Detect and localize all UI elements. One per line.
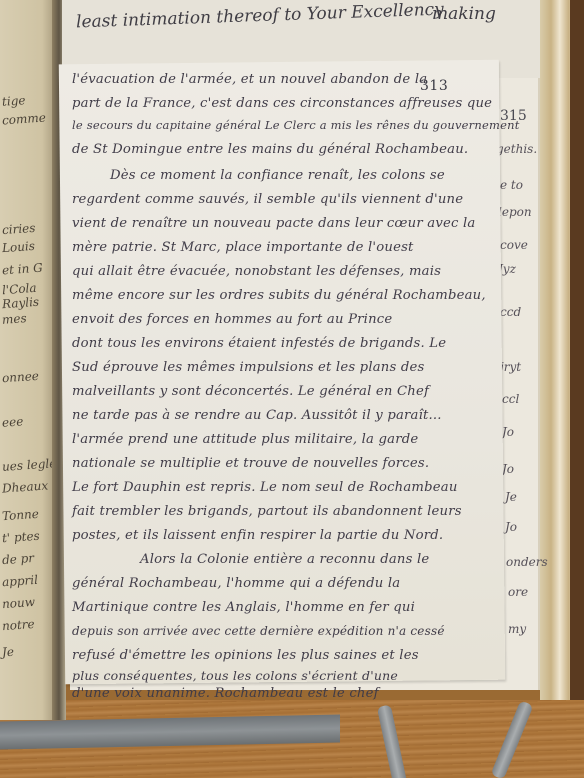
manuscript-line: postes, et ils laissent enfin respirer l… — [72, 528, 443, 543]
left-page-fragment: Raylis — [2, 295, 40, 312]
margin-fragment: lepon — [498, 205, 532, 219]
manuscript-line: mère patrie. St Marc, place importante d… — [72, 240, 414, 255]
manuscript-line: général Rochambeau, l'homme qui a défend… — [72, 576, 400, 591]
manuscript-line: part de la France, c'est dans ces circon… — [72, 96, 492, 111]
left-page-fragment: Louis — [2, 239, 36, 255]
manuscript-line: regardent comme sauvés, il semble qu'ils… — [72, 192, 463, 207]
left-page-fragment: et in G — [2, 261, 44, 278]
manuscript-line: dont tous les environs étaient infestés … — [72, 336, 446, 351]
margin-fragment: Jo — [502, 462, 514, 476]
left-page-fragment: Tonne — [2, 507, 40, 524]
manuscript-line: vient de renaître un nouveau pacte dans … — [72, 216, 475, 231]
left-page-fragment: appril — [2, 573, 39, 589]
manuscript-line: l'évacuation de l'armée, et un nouvel ab… — [72, 72, 427, 87]
manuscript-line: malveillants y sont déconcertés. Le géné… — [72, 384, 429, 399]
left-page-fragment: tige — [2, 93, 26, 109]
margin-fragment: e to — [500, 178, 523, 192]
manuscript-line: l'armée prend une attitude plus militair… — [72, 432, 418, 447]
left-page-fragment: t' ptes — [2, 529, 41, 546]
manuscript-line: même encore sur les ordres subits du gén… — [72, 288, 486, 303]
left-page-fragment: eee — [2, 414, 24, 429]
book-cover — [570, 0, 584, 700]
left-page-fragment: de pr — [2, 551, 35, 567]
left-page-fragment: ciries — [2, 221, 36, 237]
margin-fragment: ccl — [502, 392, 519, 406]
left-page-fragment: onnee — [2, 369, 40, 386]
left-page-fragment: Dheaux — [2, 478, 49, 495]
manuscript-line: Le fort Dauphin est repris. Le nom seul … — [72, 480, 458, 495]
left-page-fragment: nouw — [2, 595, 36, 611]
manuscript-line: de St Domingue entre les mains du généra… — [72, 142, 468, 157]
manuscript-line: Sud éprouve les mêmes impulsions et les … — [72, 360, 424, 375]
manuscript-line: Dès ce moment la confiance renaît, les c… — [110, 168, 445, 183]
manuscript-line: d'une voix unanime. Rochambeau est le ch… — [72, 686, 379, 701]
left-page-fragment: notre — [2, 617, 36, 633]
left-facing-page: tige comme ciries Louis et in G l'Cola R… — [0, 0, 60, 720]
margin-fragment: Jo — [502, 425, 514, 439]
english-line: making — [432, 4, 496, 24]
manuscript-line: depuis son arrivée avec cette dernière e… — [72, 624, 445, 638]
margin-fragment: Jo — [505, 520, 517, 534]
manuscript-line: plus conséquentes, tous les colons s'écr… — [72, 668, 398, 683]
manuscript-line: le secours du capitaine général Le Clerc… — [72, 118, 520, 132]
photo-scene: tige comme ciries Louis et in G l'Cola R… — [0, 0, 584, 778]
manuscript-line: envoit des forces en hommes au fort au P… — [72, 312, 392, 327]
left-page-fragment: Je — [2, 645, 15, 660]
manuscript-line: Alors la Colonie entière a reconnu dans … — [140, 552, 429, 567]
margin-fragment: onders — [506, 555, 548, 569]
manuscript-line: qui allait être évacuée, nonobstant les … — [72, 264, 441, 279]
manuscript-line: nationale se multiplie et trouve de nouv… — [72, 456, 429, 471]
margin-fragment: gethis. — [496, 142, 537, 156]
margin-fragment: jryt — [500, 360, 521, 374]
margin-fragment: Je — [505, 490, 517, 504]
manuscript-line: ne tarde pas à se rendre au Cap. Aussitô… — [72, 408, 442, 423]
manuscript-line: refusé d'émettre les opinions les plus s… — [72, 648, 419, 663]
margin-fragment: cove — [500, 238, 528, 252]
left-page-fragment: comme — [2, 110, 47, 127]
left-page-fragment: ues legle — [2, 456, 57, 474]
left-page-fragment: mes — [2, 311, 28, 327]
manuscript-line: Martinique contre les Anglais, l'homme e… — [72, 600, 415, 615]
margin-fragment: ccd — [500, 305, 521, 319]
english-line: least intimation thereof to Your Excelle… — [76, 0, 444, 32]
manuscript-line: fait trembler les brigands, partout ils … — [72, 504, 462, 519]
margin-fragment: ore — [508, 585, 528, 599]
margin-fragment: my — [508, 622, 526, 636]
